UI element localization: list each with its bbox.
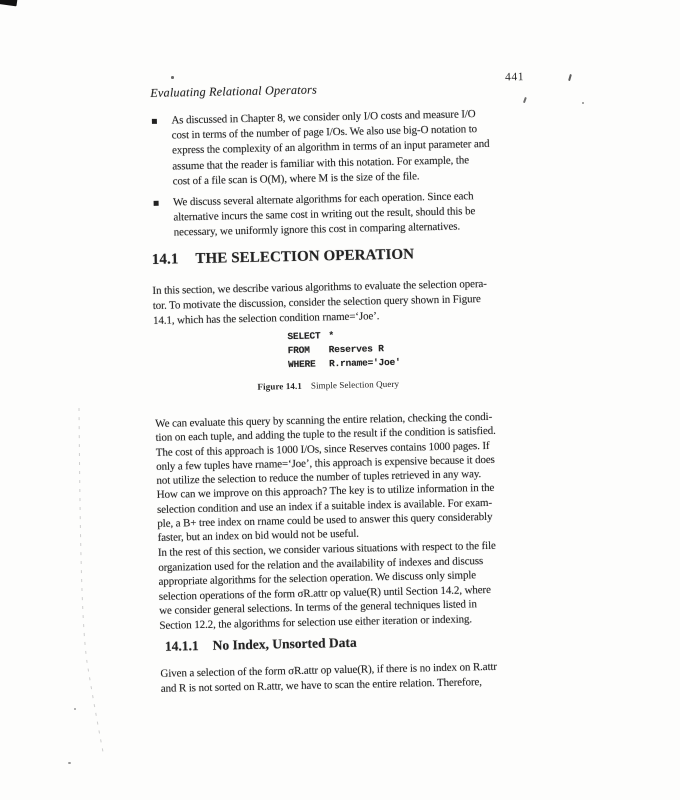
paragraph: In this section, we describe various alg… xyxy=(152,277,487,330)
bullet-item: As discussed in Chapter 8, we consider o… xyxy=(149,107,491,190)
figure-caption: Figure 14.1Simple Selection Query xyxy=(257,379,399,392)
sql-code-block: SELECT* FROMReserves R WHERER.rname='Joe… xyxy=(287,328,400,372)
sql-keyword: SELECT xyxy=(287,329,328,344)
sql-operand: R.rname='Joe' xyxy=(329,357,401,369)
sql-keyword: WHERE xyxy=(288,357,329,372)
subsection-heading: 14.1.1No Index, Unsorted Data xyxy=(165,635,357,655)
scan-tick-mark xyxy=(568,74,571,81)
section-number: 14.1 xyxy=(152,251,179,268)
bullet-text: As discussed in Chapter 8, we consider o… xyxy=(171,107,490,190)
bullet-square-icon xyxy=(154,201,159,206)
sql-operand: * xyxy=(328,330,334,341)
bullet-square-icon xyxy=(152,119,157,124)
section-heading: 14.1THE SELECTION OPERATION xyxy=(152,246,415,268)
page-content: Evaluating Relational Operators 441 As d… xyxy=(148,69,568,737)
paragraph: We can evaluate this query by scanning t… xyxy=(155,410,498,546)
section-title: THE SELECTION OPERATION xyxy=(195,246,414,267)
sql-line: WHERER.rname='Joe' xyxy=(288,356,401,372)
scan-corner-mark xyxy=(0,0,17,6)
bullet-text: We discuss several alternate algorithms … xyxy=(173,189,476,241)
running-header-title: Evaluating Relational Operators xyxy=(150,82,317,100)
sql-operand: Reserves R xyxy=(329,343,384,355)
scanned-book-page: Evaluating Relational Operators 441 As d… xyxy=(0,0,680,800)
sql-keyword: FROM xyxy=(288,343,329,358)
paragraph: In the rest of this section, we consider… xyxy=(158,539,498,634)
scan-scratch-line xyxy=(60,400,120,770)
figure-caption-label: Figure 14.1 xyxy=(257,381,302,392)
figure-caption-text: Simple Selection Query xyxy=(311,379,399,391)
scan-speck xyxy=(582,102,584,104)
page-number: 441 xyxy=(505,71,524,83)
paragraph: Given a selection of the form σR.attr op… xyxy=(160,660,497,697)
bullet-item: We discuss several alternate algorithms … xyxy=(150,189,475,241)
subsection-number: 14.1.1 xyxy=(165,638,199,654)
subsection-title: No Index, Unsorted Data xyxy=(212,635,356,653)
